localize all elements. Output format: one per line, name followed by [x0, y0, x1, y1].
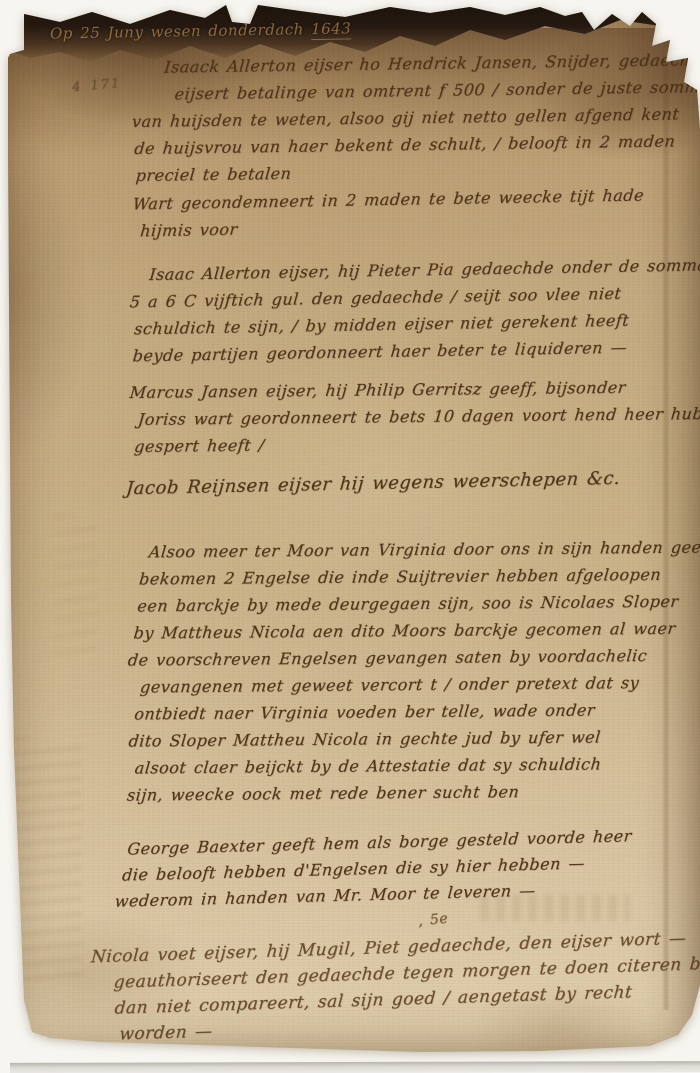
- page-wrapper: Op 25 Juny wesen donderdach 1643 4 171 I…: [0, 0, 700, 1062]
- next-page-edge: [10, 1061, 700, 1073]
- manuscript-page: Op 25 Juny wesen donderdach 1643 4 171 I…: [0, 0, 700, 1062]
- edge-vignette: [0, 0, 700, 1062]
- scanned-manuscript: { "document": { "kind": "handwritten cou…: [0, 0, 700, 1073]
